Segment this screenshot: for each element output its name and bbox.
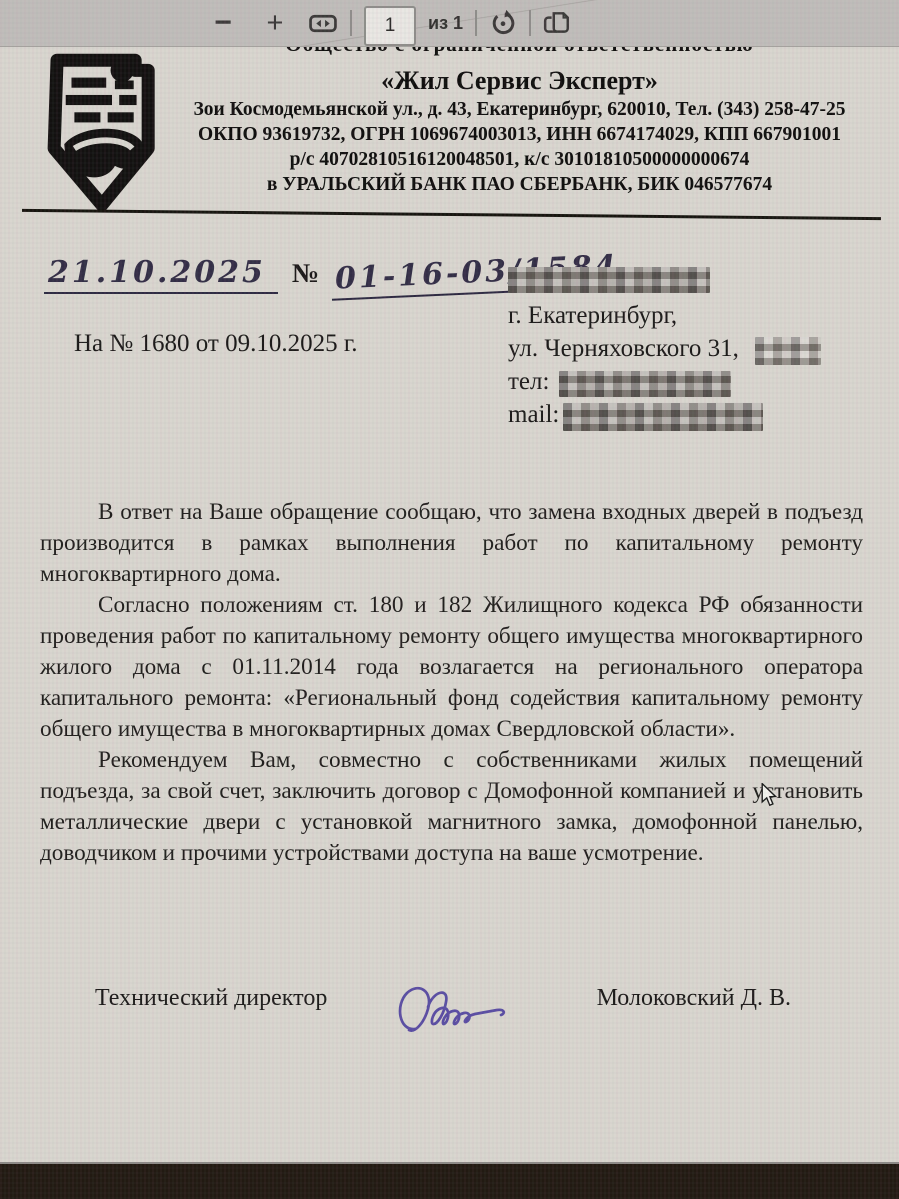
number-sign: № — [292, 258, 319, 288]
recipient-street: ул. Черняховского 31, — [508, 335, 739, 362]
mouse-cursor-icon — [760, 783, 777, 812]
signer-title: Технический директор — [95, 985, 327, 1012]
viewer-toolbar: − + 1 из 1 — [0, 0, 899, 47]
recipient-mail-label: mail: — [508, 401, 559, 428]
company-name: «Жил Сервис Эксперт» — [148, 66, 891, 96]
body-paragraph-1: В ответ на Ваше обращение сообщаю, что з… — [40, 497, 863, 590]
page-number-input[interactable]: 1 — [364, 6, 416, 46]
company-address-line: Зои Космодемьянской ул., д. 43, Екатерин… — [148, 99, 891, 121]
page-thumbnails-icon[interactable] — [543, 10, 571, 36]
redacted-recipient-name — [508, 267, 710, 293]
rotate-ccw-icon[interactable] — [489, 9, 517, 37]
handwritten-signature — [387, 979, 537, 1048]
letterhead: Общество с ограниченной ответственностью… — [148, 47, 891, 196]
body-paragraph-3: Рекомендуем Вам, совместно с собственник… — [40, 745, 863, 869]
redacted-phone — [559, 371, 731, 397]
toolbar-separator — [475, 10, 477, 36]
company-accounts-line: р/с 40702810516120048501, к/с 3010181050… — [148, 149, 891, 171]
photographed-screen: − + 1 из 1 — [0, 0, 899, 1199]
toolbar-separator — [529, 10, 531, 36]
outgoing-date-handwritten: 21.10.2025 — [44, 255, 278, 294]
recipient-block: г. Екатеринбург, ул. Черняховского 31, т… — [508, 265, 821, 431]
signer-name: Молоковский Д. В. — [597, 985, 791, 1012]
redacted-email — [563, 403, 763, 431]
company-codes-line: ОКПО 93619732, ОГРН 1069674003013, ИНН 6… — [148, 124, 891, 146]
letter-document: Общество с ограниченной ответственностью… — [0, 47, 899, 1162]
body-paragraph-2: Согласно положениям ст. 180 и 182 Жилищн… — [40, 590, 863, 745]
reply-to-reference: На № 1680 от 09.10.2025 г. — [74, 330, 358, 358]
toolbar-separator — [350, 10, 352, 36]
fit-width-icon[interactable] — [308, 10, 338, 37]
recipient-city: г. Екатеринбург, — [508, 299, 821, 332]
signature-block: Технический директор Молоковский Д. В. — [95, 985, 791, 1048]
letter-body: В ответ на Ваше обращение сообщаю, что з… — [40, 497, 863, 869]
redacted-apartment — [755, 337, 821, 365]
page-count-label: из 1 — [428, 13, 463, 34]
recipient-phone-label: тел: — [508, 368, 549, 395]
letterhead-clipped-line: Общество с ограниченной ответственностью — [148, 47, 891, 60]
screen-bezel — [0, 1162, 899, 1199]
company-bank-line: в УРАЛЬСКИЙ БАНК ПАО СБЕРБАНК, БИК 04657… — [148, 174, 891, 196]
